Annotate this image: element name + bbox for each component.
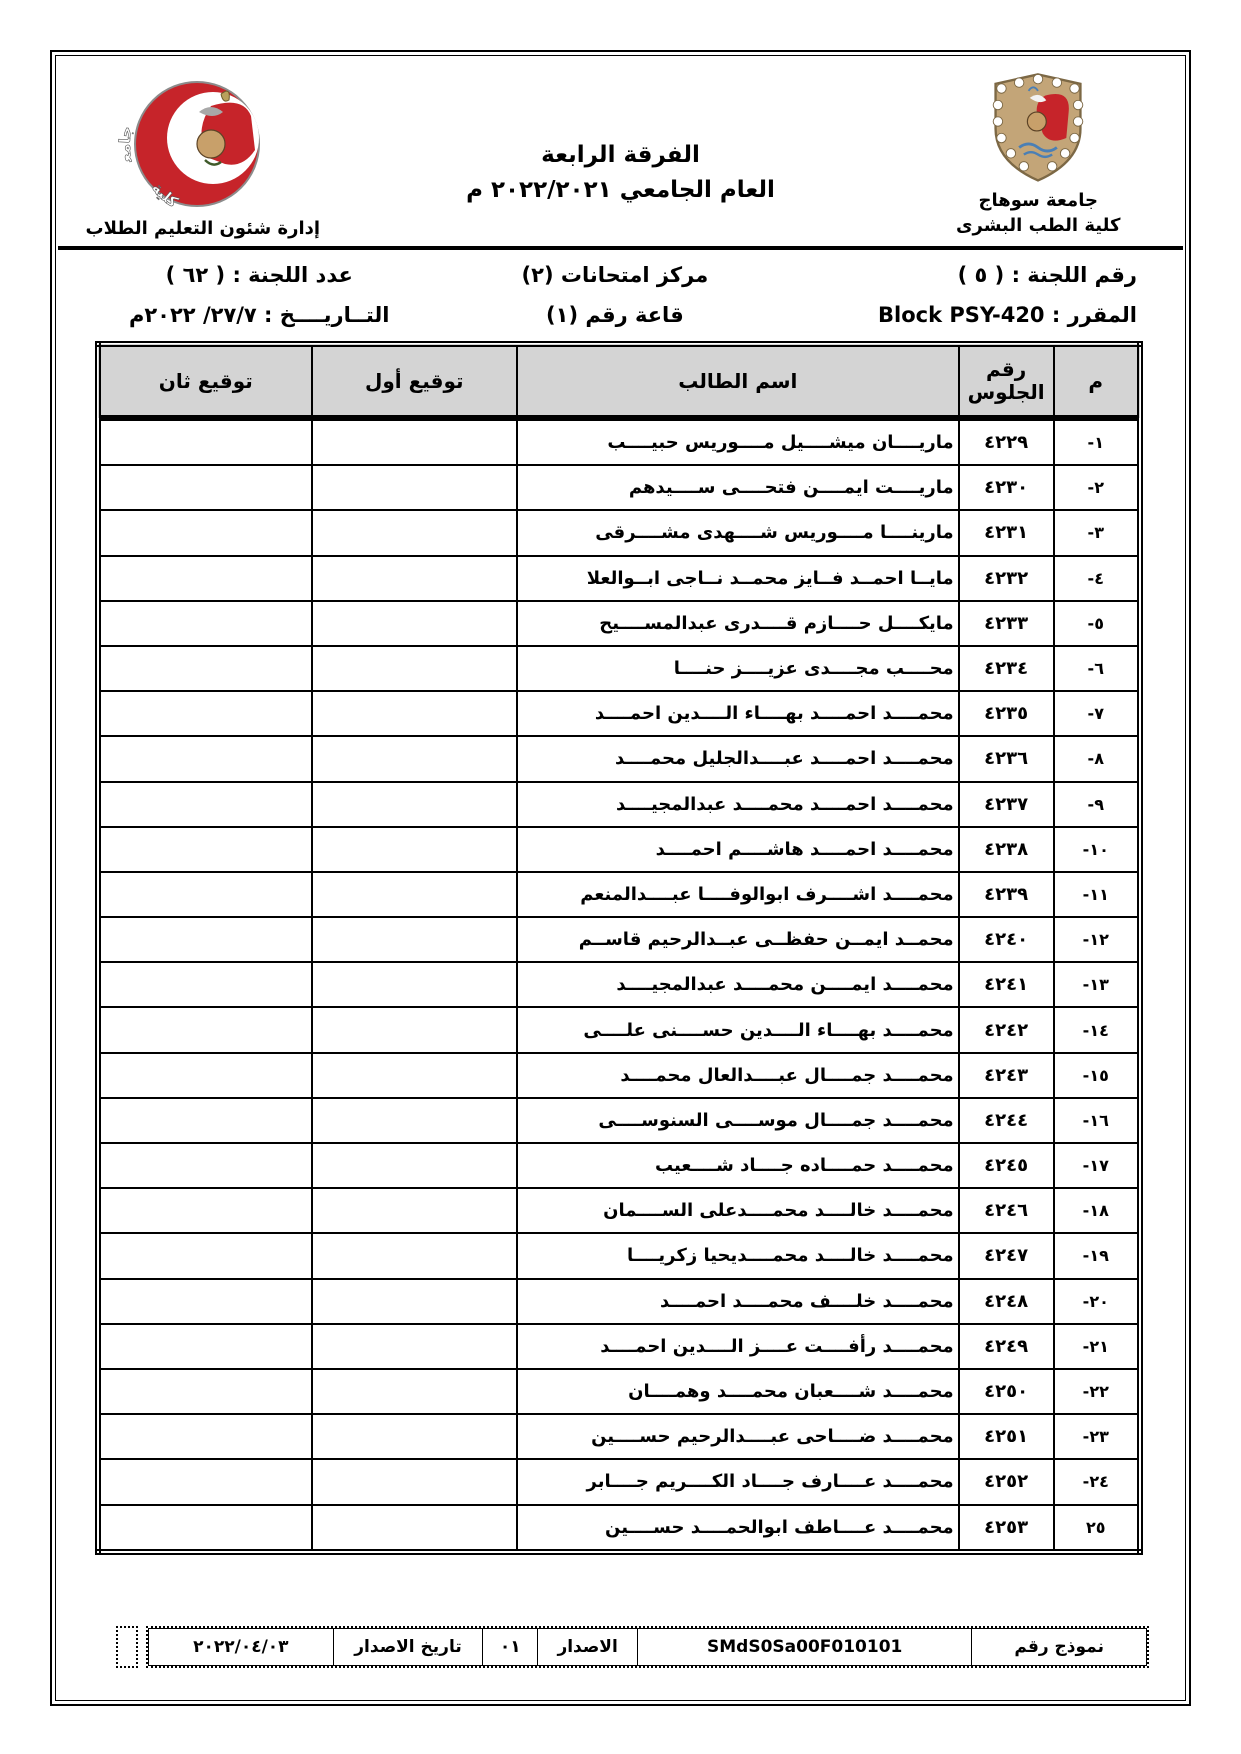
row-student-name: محمــــد بهــــاء الــــدين حســــنى علـ…: [517, 1007, 959, 1052]
form-number-label: نموذج رقم: [972, 1629, 1147, 1666]
row-student-name: محمــــد خالــــد محمــــديحيا زكريــــا: [517, 1233, 959, 1278]
row-seat-number: ٤٢٥٠: [959, 1369, 1054, 1414]
exam-info: رقم اللجنة : ( ٥ ) مركز امتحانات (٢) عدد…: [56, 255, 1185, 335]
row-seat-number: ٤٢٣٩: [959, 872, 1054, 917]
student-table-body: ١-٤٢٢٩ماريــــان ميشــــيل مــــوريس حبي…: [98, 418, 1140, 1552]
row-student-name: محمــــد احمــــد بهــــاء الــــدين احم…: [517, 691, 959, 736]
row-seat-number: ٤٢٥٢: [959, 1459, 1054, 1504]
row-student-name: محمــــد جمــــال عبــــدالعال محمــــد: [517, 1053, 959, 1098]
table-row: ٥-٤٢٣٣مايكــــل حــــازم قــــدرى عبدالم…: [98, 601, 1140, 646]
row-seat-number: ٤٢٣٤: [959, 646, 1054, 691]
row-seat-number: ٤٢٤٨: [959, 1279, 1054, 1324]
exam-center: مركز امتحانات (٢): [462, 255, 767, 295]
row-serial: ٨-: [1054, 736, 1140, 781]
exam-attendance-sheet: { "header": { "university": "جامعة سوهاج…: [0, 0, 1241, 1754]
second-signature-cell: [98, 917, 312, 962]
table-row: ١٤-٤٢٤٢محمــــد بهــــاء الــــدين حســـ…: [98, 1007, 1140, 1052]
row-serial: ١٤-: [1054, 1007, 1140, 1052]
row-student-name: محمــــد حمــــاده جــــاد شــــعيب: [517, 1143, 959, 1188]
second-signature-cell: [98, 1188, 312, 1233]
university-name: جامعة سوهاج: [891, 190, 1185, 213]
second-signature-cell: [98, 1053, 312, 1098]
row-seat-number: ٤٢٥٣: [959, 1505, 1054, 1552]
row-serial: ١٠-: [1054, 827, 1140, 872]
first-signature-cell: [312, 601, 517, 646]
col-header-sig1: توقيع أول: [312, 344, 517, 418]
table-row: ٢٠-٤٢٤٨محمــــد خلــــف محمــــد احمــــ…: [98, 1279, 1140, 1324]
first-signature-cell: [312, 646, 517, 691]
academic-year: العام الجامعي ٢٠٢٢/٢٠٢١ م: [350, 173, 892, 208]
row-student-name: محمــــد عــــارف جــــاد الكــــريم جــ…: [517, 1459, 959, 1504]
row-seat-number: ٤٢٣١: [959, 510, 1054, 555]
first-signature-cell: [312, 1369, 517, 1414]
first-signature-cell: [312, 510, 517, 555]
row-student-name: محمــــد احمــــد هاشــــم احمــــد: [517, 827, 959, 872]
version-label: الاصدار: [538, 1629, 638, 1666]
row-student-name: محمــــد اشــــرف ابوالوفــــا عبــــدال…: [517, 872, 959, 917]
first-signature-cell: [312, 691, 517, 736]
crescent-logo-icon: جامعة سوهاج كلية الطب: [93, 72, 313, 212]
row-serial: ١٥-: [1054, 1053, 1140, 1098]
row-student-name: محمــــد ضــــاحى عبــــدالرحيم حســــين: [517, 1414, 959, 1459]
university-shield-logo-icon: [978, 72, 1098, 184]
second-signature-cell: [98, 418, 312, 465]
second-signature-cell: [98, 962, 312, 1007]
second-signature-cell: [98, 1369, 312, 1414]
first-signature-cell: [312, 872, 517, 917]
table-row: ١٨-٤٢٤٦محمــــد خالــــد محمــــدعلى الس…: [98, 1188, 1140, 1233]
department-logo-block: جامعة سوهاج كلية الطب إدارة شئون التعليم…: [56, 60, 350, 241]
table-row: ١٢-٤٢٤٠محمــد ايمــن حفظــى عبــدالرحيم …: [98, 917, 1140, 962]
first-signature-cell: [312, 418, 517, 465]
table-row: ١٥-٤٢٤٣محمــــد جمــــال عبــــدالعال مح…: [98, 1053, 1140, 1098]
row-student-name: مارينــــا مــــوريس شــــهدى مشــــرقى: [517, 510, 959, 555]
table-row: ٣-٤٢٣١مارينــــا مــــوريس شــــهدى مشــ…: [98, 510, 1140, 555]
table-row: ٢١-٤٢٤٩محمــــد رأفــــت عــــز الــــدي…: [98, 1324, 1140, 1369]
row-serial: ٢٣-: [1054, 1414, 1140, 1459]
second-signature-cell: [98, 872, 312, 917]
first-signature-cell: [312, 1143, 517, 1188]
table-row: ١-٤٢٢٩ماريــــان ميشــــيل مــــوريس حبي…: [98, 418, 1140, 465]
row-seat-number: ٤٢٤٤: [959, 1098, 1054, 1143]
second-signature-cell: [98, 1459, 312, 1504]
row-seat-number: ٤٢٣٢: [959, 556, 1054, 601]
second-signature-cell: [98, 782, 312, 827]
table-row: ٢٥٤٢٥٣محمــــد عــــاطف ابوالحمــــد حسـ…: [98, 1505, 1140, 1552]
form-number-code: SMdS0Sa00F010101: [638, 1629, 972, 1666]
page-frame-inner: جامعة سوهاج كلية الطب البشرى الفرقة الرا…: [55, 55, 1186, 1701]
first-signature-cell: [312, 556, 517, 601]
second-signature-cell: [98, 510, 312, 555]
row-seat-number: ٤٢٢٩: [959, 418, 1054, 465]
row-student-name: ماريــــان ميشــــيل مــــوريس حبيــــب: [517, 418, 959, 465]
row-serial: ٢٠-: [1054, 1279, 1140, 1324]
row-student-name: محــــب مجــــدى عزيــــز حنــــا: [517, 646, 959, 691]
row-student-name: محمــــد احمــــد عبــــدالجليل محمــــد: [517, 736, 959, 781]
page-title: الفرقة الرابعة: [350, 138, 892, 173]
second-signature-cell: [98, 1279, 312, 1324]
row-seat-number: ٤٢٥١: [959, 1414, 1054, 1459]
first-signature-cell: [312, 827, 517, 872]
row-serial: ٢٢-: [1054, 1369, 1140, 1414]
row-student-name: محمــــد خلــــف محمــــد احمــــد: [517, 1279, 959, 1324]
row-student-name: محمــــد ايمــــن محمــــد عبدالمجيــــد: [517, 962, 959, 1007]
row-student-name: مايــا احمــد فــايز محمــد نــاجى ابــو…: [517, 556, 959, 601]
department-name: إدارة شئون التعليم الطلاب: [56, 218, 350, 241]
header: جامعة سوهاج كلية الطب البشرى الفرقة الرا…: [56, 60, 1185, 243]
committee-count: عدد اللجنة : ( ٦٢ ): [56, 255, 462, 295]
row-serial: ٢٤-: [1054, 1459, 1140, 1504]
table-header-row: م رقم الجلوس اسم الطالب توقيع أول توقيع …: [98, 344, 1140, 418]
first-signature-cell: [312, 465, 517, 510]
first-signature-cell: [312, 1188, 517, 1233]
row-serial: ٣-: [1054, 510, 1140, 555]
row-serial: ١٩-: [1054, 1233, 1140, 1278]
version-value: ٠١: [483, 1629, 538, 1666]
second-signature-cell: [98, 827, 312, 872]
table-row: ١٠-٤٢٣٨محمــــد احمــــد هاشــــم احمـــ…: [98, 827, 1140, 872]
title-block: الفرقة الرابعة العام الجامعي ٢٠٢٢/٢٠٢١ م: [350, 60, 892, 207]
issue-date-label: تاريخ الاصدار: [333, 1629, 483, 1666]
university-logo-block: جامعة سوهاج كلية الطب البشرى: [891, 60, 1185, 237]
second-signature-cell: [98, 1143, 312, 1188]
row-serial: ١-: [1054, 418, 1140, 465]
row-seat-number: ٤٢٣٦: [959, 736, 1054, 781]
row-seat-number: ٤٢٤٣: [959, 1053, 1054, 1098]
first-signature-cell: [312, 1459, 517, 1504]
first-signature-cell: [312, 1053, 517, 1098]
row-student-name: مايكــــل حــــازم قــــدرى عبدالمســــي…: [517, 601, 959, 646]
crescent-top-text: جامعة سوهاج: [93, 72, 136, 165]
course-code: المقرر : Block PSY-420: [767, 295, 1185, 335]
header-divider: [58, 246, 1183, 250]
row-serial: ١٧-: [1054, 1143, 1140, 1188]
second-signature-cell: [98, 646, 312, 691]
row-serial: ٦-: [1054, 646, 1140, 691]
committee-number: رقم اللجنة : ( ٥ ): [767, 255, 1185, 295]
col-header-seat: رقم الجلوس: [959, 344, 1054, 418]
second-signature-cell: [98, 1324, 312, 1369]
second-signature-cell: [98, 1098, 312, 1143]
row-student-name: ماريــــت ايمــــن فتحــــى ســــيدهم: [517, 465, 959, 510]
attendance-table: م رقم الجلوس اسم الطالب توقيع أول توقيع …: [95, 341, 1143, 1555]
second-signature-cell: [98, 691, 312, 736]
row-student-name: محمــــد احمــــد محمــــد عبدالمجيــــد: [517, 782, 959, 827]
table-row: ٨-٤٢٣٦محمــــد احمــــد عبــــدالجليل مح…: [98, 736, 1140, 781]
row-student-name: محمــد ايمــن حفظــى عبــدالرحيم قاســم: [517, 917, 959, 962]
table-row: ١٦-٤٢٤٤محمــــد جمــــال موســــى السنوس…: [98, 1098, 1140, 1143]
first-signature-cell: [312, 1098, 517, 1143]
row-serial: ٤-: [1054, 556, 1140, 601]
row-seat-number: ٤٢٣٥: [959, 691, 1054, 736]
table-row: ٧-٤٢٣٥محمــــد احمــــد بهــــاء الــــد…: [98, 691, 1140, 736]
exam-date: التــاريــــخ : ٢٧/٧/ ٢٠٢٢م: [56, 295, 462, 335]
first-signature-cell: [312, 1233, 517, 1278]
row-serial: ٢١-: [1054, 1324, 1140, 1369]
row-student-name: محمــــد جمــــال موســــى السنوســــى: [517, 1098, 959, 1143]
first-signature-cell: [312, 736, 517, 781]
table-row: ٤-٤٢٣٢مايــا احمــد فــايز محمــد نــاجى…: [98, 556, 1140, 601]
row-student-name: محمــــد خالــــد محمــــدعلى الســــمان: [517, 1188, 959, 1233]
first-signature-cell: [312, 782, 517, 827]
first-signature-cell: [312, 1279, 517, 1324]
col-header-name: اسم الطالب: [517, 344, 959, 418]
row-seat-number: ٤٢٤٥: [959, 1143, 1054, 1188]
row-serial: ١١-: [1054, 872, 1140, 917]
faculty-name: كلية الطب البشرى: [891, 215, 1185, 238]
first-signature-cell: [312, 917, 517, 962]
row-serial: ٢-: [1054, 465, 1140, 510]
hall-number: قاعة رقم (١): [462, 295, 767, 335]
svg-text:جامعة سوهاج: جامعة سوهاج: [93, 72, 136, 165]
page-frame: جامعة سوهاج كلية الطب البشرى الفرقة الرا…: [50, 50, 1191, 1706]
row-student-name: محمــــد رأفــــت عــــز الــــدين احمــ…: [517, 1324, 959, 1369]
table-row: ٢٢-٤٢٥٠محمــــد شــــعبان محمــــد وهمــ…: [98, 1369, 1140, 1414]
second-signature-cell: [98, 1233, 312, 1278]
row-serial: ٢٥: [1054, 1505, 1140, 1552]
col-header-serial: م: [1054, 344, 1140, 418]
footer-end-box: [116, 1626, 138, 1668]
row-serial: ١٨-: [1054, 1188, 1140, 1233]
footer: نموذج رقم SMdS0Sa00F010101 الاصدار ٠١ تا…: [116, 1626, 1149, 1668]
row-seat-number: ٤٢٤٦: [959, 1188, 1054, 1233]
row-serial: ٩-: [1054, 782, 1140, 827]
second-signature-cell: [98, 601, 312, 646]
row-student-name: محمــــد عــــاطف ابوالحمــــد حســــين: [517, 1505, 959, 1552]
second-signature-cell: [98, 1414, 312, 1459]
form-info-bar: نموذج رقم SMdS0Sa00F010101 الاصدار ٠١ تا…: [146, 1626, 1149, 1668]
row-seat-number: ٤٢٣٨: [959, 827, 1054, 872]
table-row: ١١-٤٢٣٩محمــــد اشــــرف ابوالوفــــا عب…: [98, 872, 1140, 917]
first-signature-cell: [312, 1324, 517, 1369]
row-seat-number: ٤٢٤١: [959, 962, 1054, 1007]
table-row: ١٩-٤٢٤٧محمــــد خالــــد محمــــديحيا زك…: [98, 1233, 1140, 1278]
table-row: ٢٤-٤٢٥٢محمــــد عــــارف جــــاد الكــــ…: [98, 1459, 1140, 1504]
row-serial: ١٢-: [1054, 917, 1140, 962]
row-serial: ١٣-: [1054, 962, 1140, 1007]
first-signature-cell: [312, 1505, 517, 1552]
table-row: ١٧-٤٢٤٥محمــــد حمــــاده جــــاد شــــع…: [98, 1143, 1140, 1188]
row-seat-number: ٤٢٤٢: [959, 1007, 1054, 1052]
second-signature-cell: [98, 1007, 312, 1052]
table-row: ٦-٤٢٣٤محــــب مجــــدى عزيــــز حنــــا: [98, 646, 1140, 691]
second-signature-cell: [98, 465, 312, 510]
row-seat-number: ٤٢٤٠: [959, 917, 1054, 962]
issue-date-value: ٢٠٢٢/٠٤/٠٣: [149, 1629, 334, 1666]
row-serial: ٧-: [1054, 691, 1140, 736]
table-row: ٢٣-٤٢٥١محمــــد ضــــاحى عبــــدالرحيم ح…: [98, 1414, 1140, 1459]
first-signature-cell: [312, 1414, 517, 1459]
row-seat-number: ٤٢٣٧: [959, 782, 1054, 827]
col-header-sig2: توقيع ثان: [98, 344, 312, 418]
table-row: ١٣-٤٢٤١محمــــد ايمــــن محمــــد عبدالم…: [98, 962, 1140, 1007]
row-serial: ٥-: [1054, 601, 1140, 646]
second-signature-cell: [98, 1505, 312, 1552]
row-seat-number: ٤٢٣٠: [959, 465, 1054, 510]
row-student-name: محمــــد شــــعبان محمــــد وهمــــان: [517, 1369, 959, 1414]
row-seat-number: ٤٢٣٣: [959, 601, 1054, 646]
second-signature-cell: [98, 736, 312, 781]
row-serial: ١٦-: [1054, 1098, 1140, 1143]
second-signature-cell: [98, 556, 312, 601]
first-signature-cell: [312, 962, 517, 1007]
row-seat-number: ٤٢٤٩: [959, 1324, 1054, 1369]
first-signature-cell: [312, 1007, 517, 1052]
table-row: ٩-٤٢٣٧محمــــد احمــــد محمــــد عبدالمج…: [98, 782, 1140, 827]
table-row: ٢-٤٢٣٠ماريــــت ايمــــن فتحــــى ســــي…: [98, 465, 1140, 510]
row-seat-number: ٤٢٤٧: [959, 1233, 1054, 1278]
